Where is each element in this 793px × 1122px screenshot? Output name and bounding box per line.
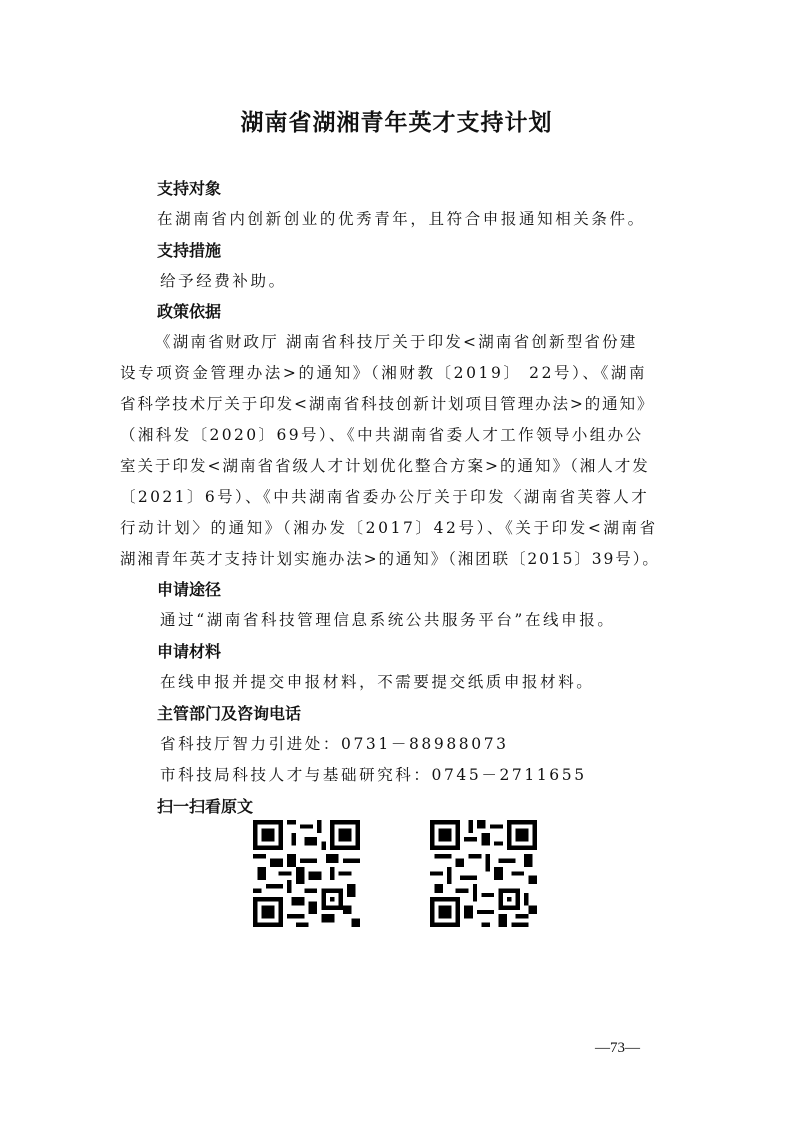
contact-line: 市科技局科技人才与基础研究科：0745－2711655 xyxy=(160,763,587,785)
qr-code-2 xyxy=(430,820,537,927)
heading-application-materials: 申请材料 xyxy=(157,639,221,662)
text-line: 《湖南省财政厅 湖南省科技厅关于印发<湖南省创新型省份建 xyxy=(155,330,638,352)
heading-application-channel: 申请途径 xyxy=(157,577,221,600)
document-title: 湖南省湖湘青年英才支持计划 xyxy=(0,104,793,137)
heading-policy-basis: 政策依据 xyxy=(157,299,221,322)
text-line: 在线申报并提交申报材料，不需要提交纸质申报材料。 xyxy=(160,670,594,692)
page-number: —73— xyxy=(595,1040,640,1057)
text-line: 室关于印发<湖南省省级人才计划优化整合方案>的通知》（湘人才发 xyxy=(120,454,650,476)
heading-scan-original: 扫一扫看原文 xyxy=(157,794,253,817)
text-line: 给予经费补助。 xyxy=(160,269,287,291)
qr-code-1 xyxy=(253,820,360,927)
text-line: 行动计划〉的通知》（湘办发〔2017〕42号）、《关于印发<湖南省 xyxy=(120,516,658,538)
text-line: 在湖南省内创新创业的优秀青年，且符合申报通知相关条件。 xyxy=(157,207,646,229)
text-line: 通过“湖南省科技管理信息系统公共服务平台”在线申报。 xyxy=(160,608,615,630)
text-line: 省科学技术厅关于印发<湖南省科技创新计划项目管理办法>的通知》 xyxy=(120,392,654,414)
contact-line: 省科技厅智力引进处：0731－88988073 xyxy=(160,732,509,754)
heading-support-target: 支持对象 xyxy=(157,176,221,199)
text-line: 设专项资金管理办法>的通知》（湘财教〔2019〕 22号）、《湖南 xyxy=(120,361,647,383)
heading-support-measures: 支持措施 xyxy=(157,238,221,261)
text-line: 湖湘青年英才支持计划实施办法>的通知》（湘团联〔2015〕39号）。 xyxy=(120,547,660,569)
heading-contact: 主管部门及咨询电话 xyxy=(157,701,301,724)
text-line: （湘科发〔2020〕69号）、《中共湖南省委人才工作领导小组办公 xyxy=(120,423,643,445)
text-line: 〔2021〕6号）、《中共湖南省委办公厅关于印发〈湖南省芙蓉人才 xyxy=(120,485,649,507)
